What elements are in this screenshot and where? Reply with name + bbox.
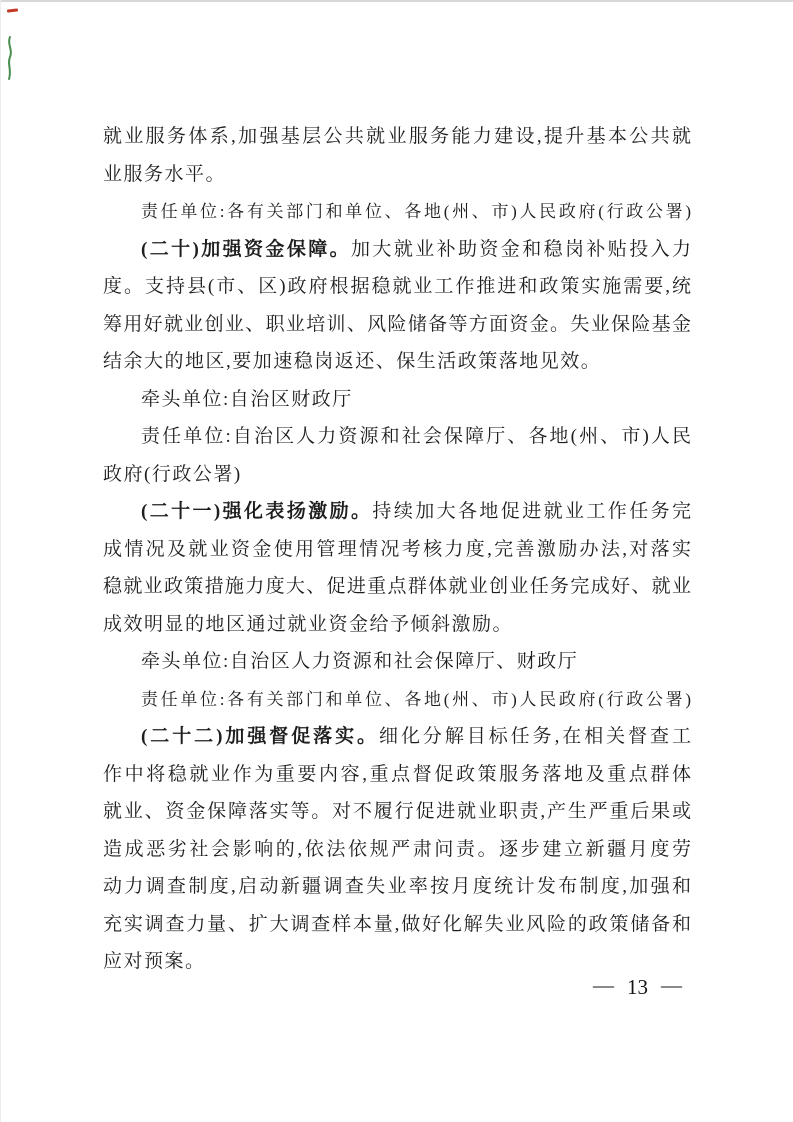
line-text: 结余大的地区,要加速稳岗返还、保生活政策落地见效。 bbox=[103, 351, 601, 372]
document-line: 责任单位:各有关部门和单位、各地(州、市)人民政府(行政公署) bbox=[103, 193, 691, 231]
document-line: 稳就业政策措施力度大、促进重点群体就业创业任务完成好、就业 bbox=[103, 568, 691, 606]
line-text: 牵头单位:自治区人力资源和社会保障厅、财政厅 bbox=[141, 651, 578, 672]
line-text: 筹用好就业创业、职业培训、风险储备等方面资金。失业保险基金 bbox=[103, 314, 691, 335]
document-line: 牵头单位:自治区财政厅 bbox=[103, 381, 691, 419]
line-text: 动力调查制度,启动新疆调查失业率按月度统计发布制度,加强和 bbox=[103, 876, 691, 897]
footer-dash-left: — bbox=[593, 973, 614, 998]
line-text: 持续加大各地促进就业工作任务完 bbox=[372, 501, 691, 522]
line-text: 细化分解目标任务,在相关督查工 bbox=[379, 726, 691, 747]
scan-left-edge bbox=[0, 0, 1, 1122]
document-line: 筹用好就业创业、职业培训、风险储备等方面资金。失业保险基金 bbox=[103, 306, 691, 344]
section-heading: (二十一)强化表扬激励。 bbox=[141, 501, 372, 522]
document-line: (二十二)加强督促落实。细化分解目标任务,在相关督查工 bbox=[103, 718, 691, 756]
line-text: 就业服务体系,加强基层公共就业服务能力建设,提升基本公共就 bbox=[103, 126, 691, 147]
page-number: 13 bbox=[627, 975, 648, 1000]
document-line: 作中将稳就业作为重要内容,重点督促政策服务落地及重点群体 bbox=[103, 756, 691, 794]
document-line: (二十)加强资金保障。加大就业补助资金和稳岗补贴投入力 bbox=[103, 231, 691, 269]
line-text: 应对预案。 bbox=[103, 951, 206, 972]
document-line: 成效明显的地区通过就业资金给予倾斜激励。 bbox=[103, 606, 691, 644]
line-text: 牵头单位:自治区财政厅 bbox=[141, 389, 353, 410]
document-line: 责任单位:各有关部门和单位、各地(州、市)人民政府(行政公署) bbox=[103, 681, 691, 719]
document-line: 动力调查制度,启动新疆调查失业率按月度统计发布制度,加强和 bbox=[103, 868, 691, 906]
line-text: 充实调查力量、扩大调查样本量,做好化解失业风险的政策储备和 bbox=[103, 914, 691, 935]
line-text: 成情况及就业资金使用管理情况考核力度,完善激励办法,对落实 bbox=[103, 539, 691, 560]
line-text: 责任单位:自治区人力资源和社会保障厅、各地(州、市)人民 bbox=[141, 426, 691, 447]
section-heading: (二十)加强资金保障。 bbox=[141, 239, 351, 260]
line-text: 稳就业政策措施力度大、促进重点群体就业创业任务完成好、就业 bbox=[103, 576, 691, 597]
line-text: 政府(行政公署) bbox=[103, 464, 242, 485]
document-body: 就业服务体系,加强基层公共就业服务能力建设,提升基本公共就 业服务水平。 责任单… bbox=[103, 118, 691, 981]
line-text: 造成恶劣社会影响的,依法依规严肃问责。逐步建立新疆月度劳 bbox=[103, 839, 691, 860]
document-line: 就业服务体系,加强基层公共就业服务能力建设,提升基本公共就 bbox=[103, 118, 691, 156]
page-footer: — 13 — bbox=[593, 975, 682, 1000]
document-line: 牵头单位:自治区人力资源和社会保障厅、财政厅 bbox=[103, 643, 691, 681]
document-line: 政府(行政公署) bbox=[103, 456, 691, 494]
line-text: 度。支持县(市、区)政府根据稳就业工作推进和政策实施需要,统 bbox=[103, 276, 691, 297]
scan-top-edge bbox=[0, 0, 793, 2]
document-line: 充实调查力量、扩大调查样本量,做好化解失业风险的政策储备和 bbox=[103, 906, 691, 944]
section-heading: (二十二)加强督促落实。 bbox=[141, 726, 379, 747]
document-line: 结余大的地区,要加速稳岗返还、保生活政策落地见效。 bbox=[103, 343, 691, 381]
line-text: 责任单位:各有关部门和单位、各地(州、市)人民政府(行政公署) bbox=[141, 202, 691, 221]
line-text: 就业、资金保障落实等。对不履行促进就业职责,产生严重后果或 bbox=[103, 801, 691, 822]
line-text: 加大就业补助资金和稳岗补贴投入力 bbox=[351, 239, 691, 260]
document-page: 就业服务体系,加强基层公共就业服务能力建设,提升基本公共就 业服务水平。 责任单… bbox=[0, 0, 793, 1122]
document-line: 成情况及就业资金使用管理情况考核力度,完善激励办法,对落实 bbox=[103, 531, 691, 569]
red-pen-mark bbox=[7, 8, 18, 12]
document-line: (二十一)强化表扬激励。持续加大各地促进就业工作任务完 bbox=[103, 493, 691, 531]
green-pen-mark bbox=[4, 35, 16, 81]
line-text: 作中将稳就业作为重要内容,重点督促政策服务落地及重点群体 bbox=[103, 764, 691, 785]
document-line: 业服务水平。 bbox=[103, 156, 691, 194]
line-text: 业服务水平。 bbox=[103, 164, 226, 185]
line-text: 成效明显的地区通过就业资金给予倾斜激励。 bbox=[103, 614, 513, 635]
line-text: 责任单位:各有关部门和单位、各地(州、市)人民政府(行政公署) bbox=[141, 690, 691, 709]
document-line: 责任单位:自治区人力资源和社会保障厅、各地(州、市)人民 bbox=[103, 418, 691, 456]
document-line: 就业、资金保障落实等。对不履行促进就业职责,产生严重后果或 bbox=[103, 793, 691, 831]
document-line: 度。支持县(市、区)政府根据稳就业工作推进和政策实施需要,统 bbox=[103, 268, 691, 306]
footer-dash-right: — bbox=[661, 973, 682, 998]
document-line: 造成恶劣社会影响的,依法依规严肃问责。逐步建立新疆月度劳 bbox=[103, 831, 691, 869]
